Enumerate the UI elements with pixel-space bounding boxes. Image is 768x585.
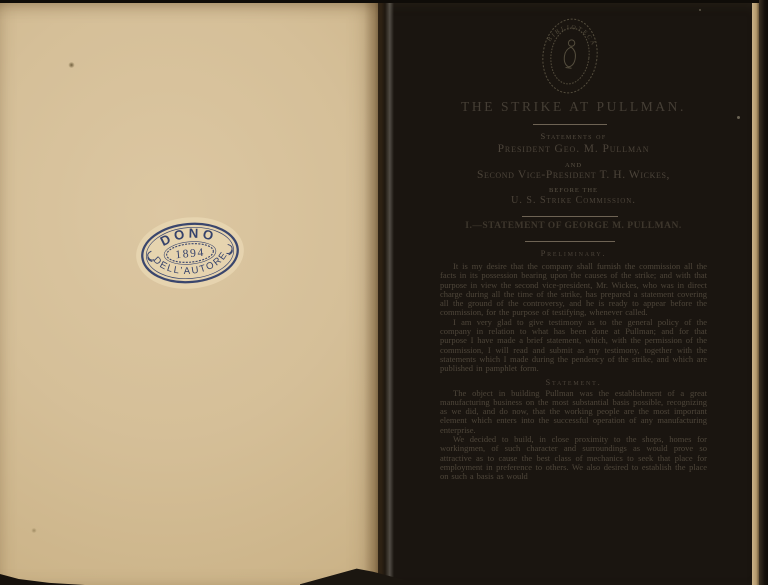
- page-edge-sliver: [752, 3, 759, 585]
- paper-speck: [699, 9, 701, 11]
- divider-rule: [533, 124, 607, 125]
- right-page: BIBLIOTECA THE STRIKE AT PULLMAN. Statem…: [388, 3, 752, 585]
- paper-speck: [737, 116, 740, 119]
- masthead-before-the: BEFORE THE: [440, 187, 707, 194]
- preliminary-heading: Preliminary.: [440, 248, 707, 258]
- book-title: THE STRIKE AT PULLMAN.: [440, 99, 707, 115]
- book-right-edge: [759, 0, 768, 585]
- masthead-president: President Geo. M. Pullman: [440, 143, 707, 155]
- section-heading: I.—STATEMENT OF GEORGE M. PULLMAN.: [440, 221, 707, 231]
- library-stamp-text: BIBLIOTECA: [546, 22, 598, 48]
- left-page: DONO 1894 DELL’AUTORE: [0, 3, 378, 585]
- divider-rule: [525, 241, 615, 242]
- masthead-statements-of: Statements of: [440, 131, 707, 141]
- svg-text:BIBLIOTECA: BIBLIOTECA: [546, 22, 598, 48]
- body-text: It is my desire that the company shall f…: [440, 262, 707, 482]
- masthead-commission: U. S. Strike Commission.: [440, 195, 707, 206]
- statement-heading: Statement.: [440, 377, 707, 387]
- paragraph: I am very glad to give testimony as to t…: [440, 318, 707, 374]
- masthead-and: AND: [440, 162, 707, 169]
- paragraph: We decided to build, in close proximity …: [440, 435, 707, 481]
- divider-rule: [522, 216, 618, 217]
- masthead-vice-president: Second Vice-President T. H. Wickes,: [440, 169, 707, 181]
- library-stamp: BIBLIOTECA: [533, 11, 607, 100]
- foxing-spot: [31, 528, 37, 533]
- donation-stamp: DONO 1894 DELL’AUTORE: [131, 209, 249, 296]
- saint-figure-body: [563, 46, 576, 68]
- saint-figure-icon: [568, 40, 575, 47]
- paragraph: It is my desire that the company shall f…: [440, 262, 707, 318]
- donation-stamp-year: 1894: [175, 246, 206, 262]
- gutter-shadow: [364, 3, 394, 585]
- paragraph: The object in building Pullman was the e…: [440, 389, 707, 435]
- foxing-spot: [68, 62, 75, 68]
